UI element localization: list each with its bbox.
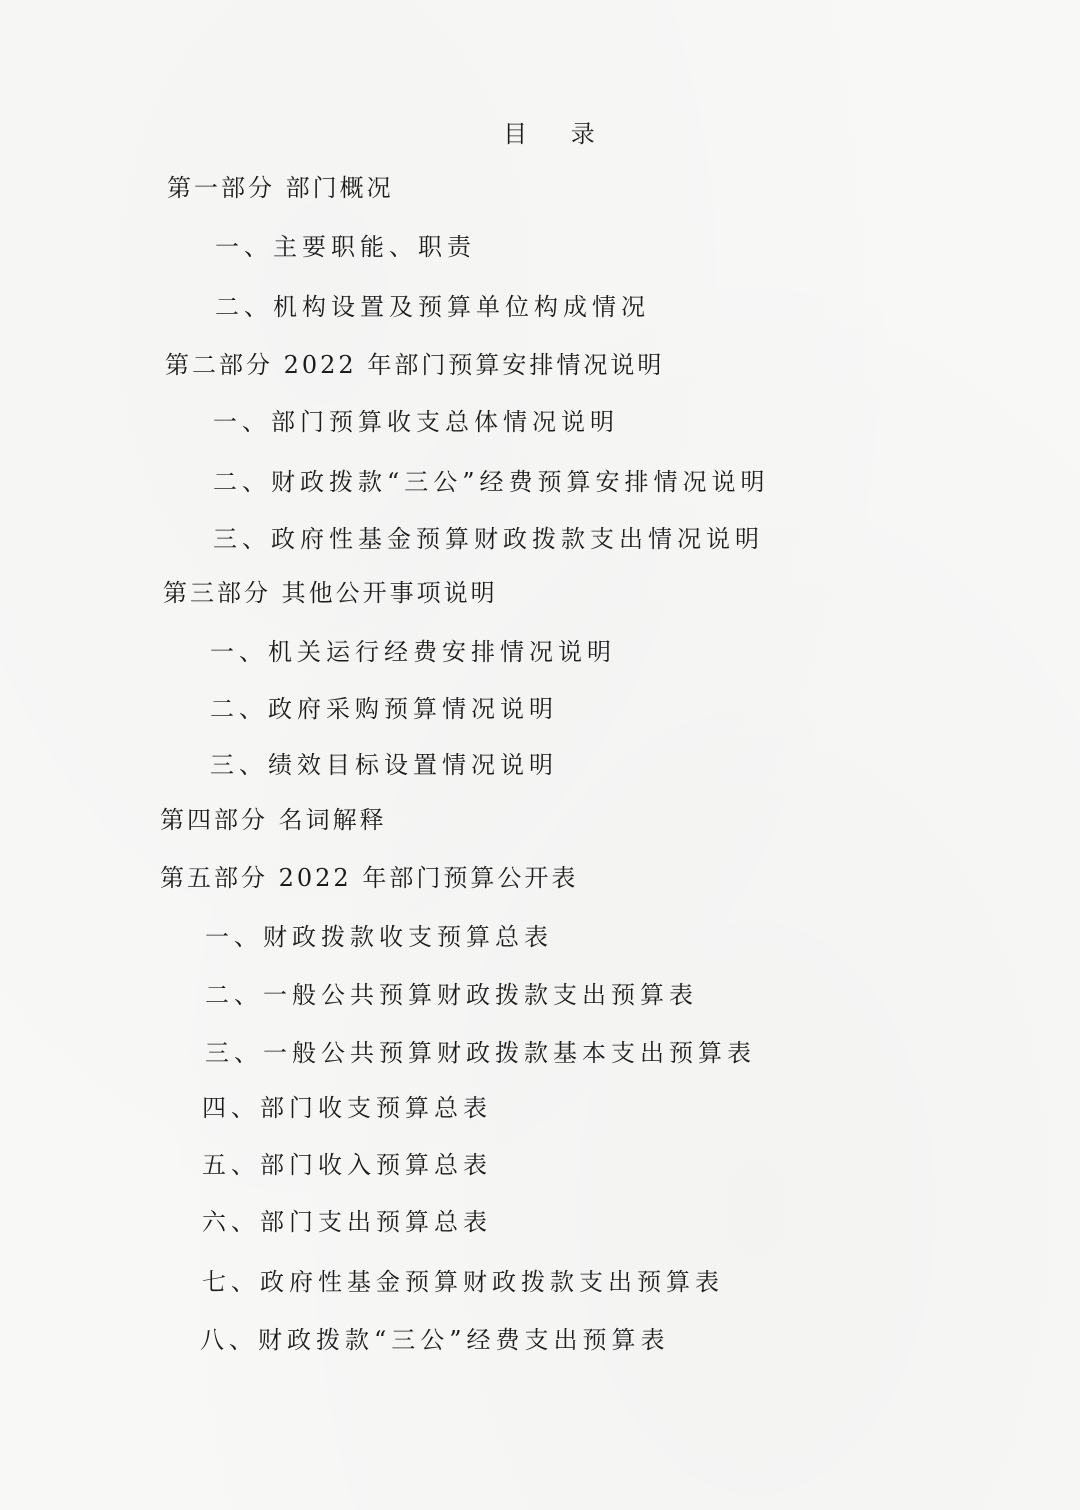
toc-item-5-1: 一、财政拨款收支预算总表 — [205, 922, 553, 952]
toc-title: 目 录 — [0, 114, 1080, 149]
toc-item-2-1: 一、部门预算收支总体情况说明 — [213, 407, 619, 437]
toc-part-2: 第二部分 2022 年部门预算安排情况说明 — [165, 350, 664, 380]
toc-item-1-2: 二、机构设置及预算单位构成情况 — [215, 292, 650, 322]
toc-item-1-1: 一、主要职能、职责 — [215, 232, 476, 262]
toc-item-5-8: 八、财政拨款“三公”经费支出预算表 — [200, 1325, 670, 1355]
toc-item-5-3: 三、一般公共预算财政拨款基本支出预算表 — [205, 1038, 756, 1068]
document-page: 目 录 第一部分 部门概况 一、主要职能、职责 二、机构设置及预算单位构成情况 … — [0, 0, 1080, 1510]
toc-item-5-2: 二、一般公共预算财政拨款支出预算表 — [205, 980, 698, 1010]
toc-item-5-4: 四、部门收支预算总表 — [202, 1093, 492, 1123]
toc-item-5-7: 七、政府性基金预算财政拨款支出预算表 — [202, 1267, 724, 1297]
toc-item-5-6: 六、部门支出预算总表 — [202, 1207, 492, 1237]
toc-part-5: 第五部分 2022 年部门预算公开表 — [160, 863, 578, 893]
toc-item-3-3: 三、绩效目标设置情况说明 — [210, 750, 558, 780]
toc-part-4: 第四部分 名词解释 — [160, 805, 387, 835]
toc-item-2-2: 二、财政拨款“三公”经费预算安排情况说明 — [213, 467, 770, 497]
toc-item-2-3: 三、政府性基金预算财政拨款支出情况说明 — [213, 524, 764, 554]
toc-item-3-1: 一、机关运行经费安排情况说明 — [210, 637, 616, 667]
toc-part-1: 第一部分 部门概况 — [167, 173, 394, 203]
toc-item-5-5: 五、部门收入预算总表 — [202, 1150, 492, 1180]
toc-part-3: 第三部分 其他公开事项说明 — [163, 578, 498, 608]
toc-item-3-2: 二、政府采购预算情况说明 — [210, 694, 558, 724]
